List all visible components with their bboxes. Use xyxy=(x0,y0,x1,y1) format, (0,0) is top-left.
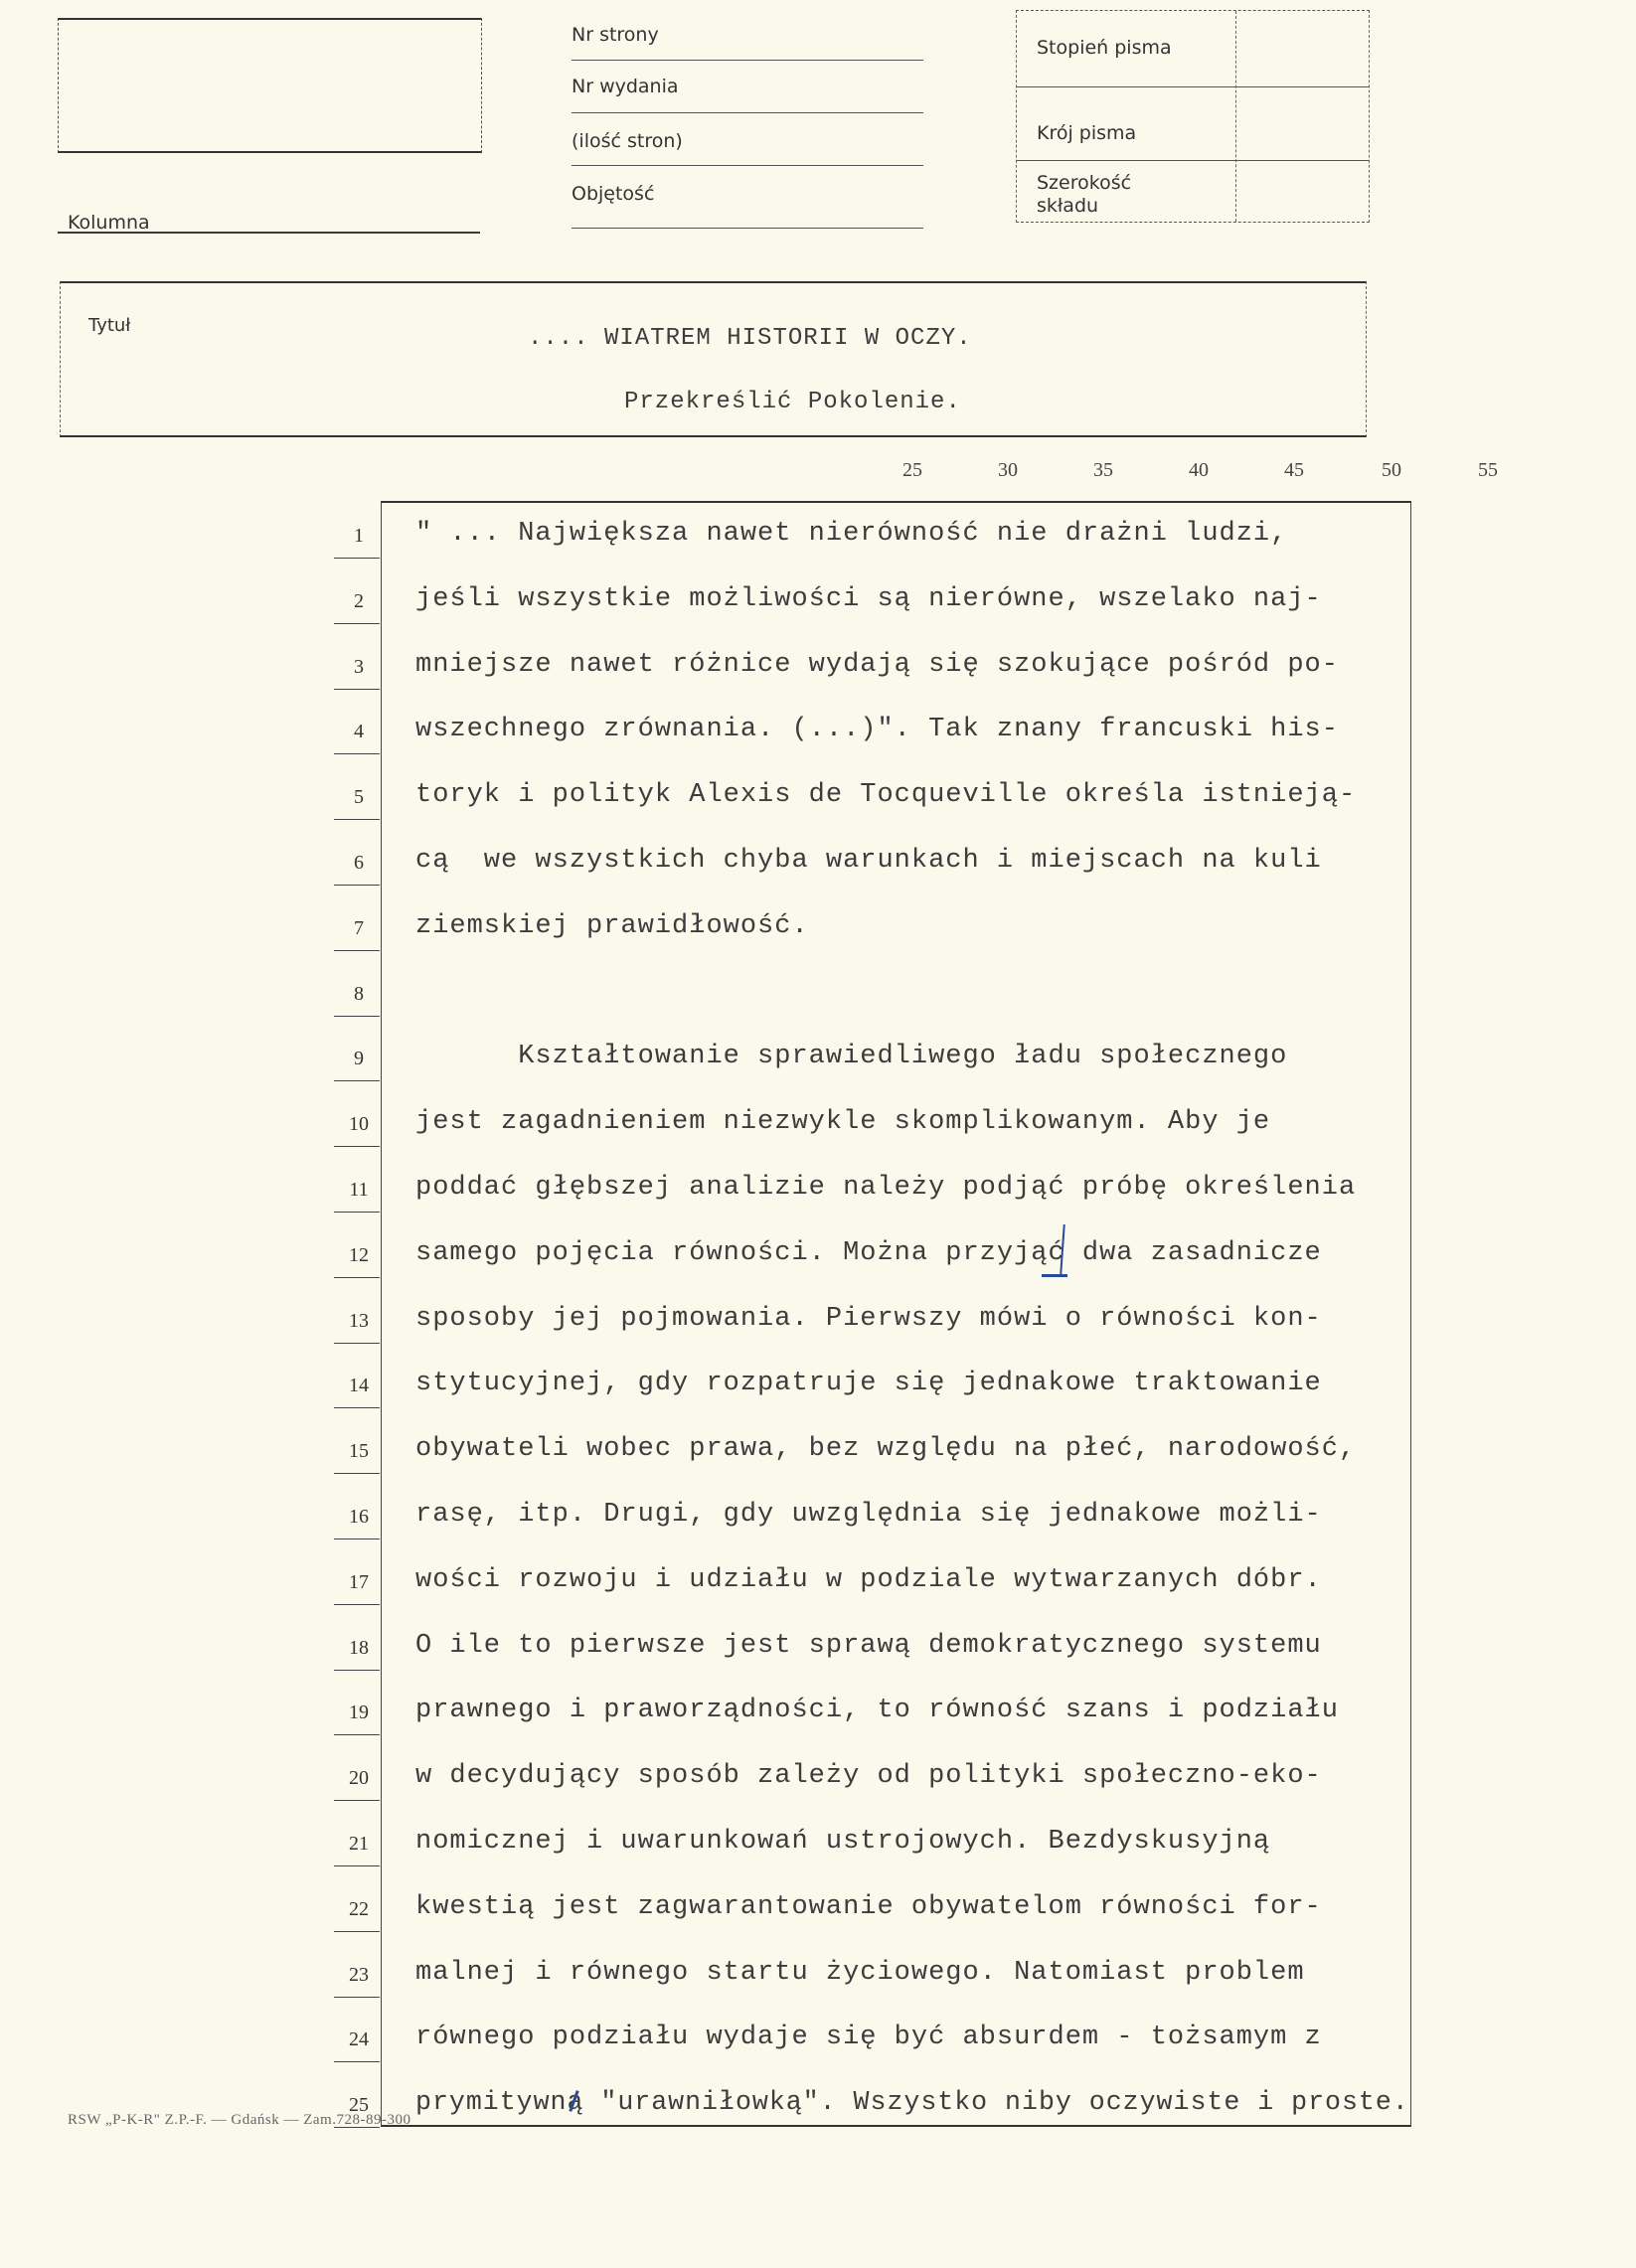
line-number: 7 xyxy=(334,917,384,940)
line-number-underline xyxy=(334,1212,380,1213)
manuscript-line: jeśli wszystkie możliwości są nierówne, … xyxy=(415,584,1322,614)
line-number: 5 xyxy=(334,786,384,809)
correction-mark xyxy=(1042,1274,1067,1277)
spec-row-szerokosc: Szerokość składu xyxy=(1017,160,1369,222)
manuscript-line: jest zagadnieniem niezwykle skomplikowan… xyxy=(415,1107,1270,1137)
line-number-underline xyxy=(334,558,380,559)
spec-label-stopien: Stopień pisma xyxy=(1037,37,1172,60)
manuscript-line: malnej i równego startu życiowego. Natom… xyxy=(415,1958,1305,1988)
line-number: 20 xyxy=(334,1767,384,1790)
spec-value-kroj[interactable] xyxy=(1237,86,1369,160)
line-number: 23 xyxy=(334,1964,384,1987)
line-number-underline xyxy=(334,1997,380,1998)
line-number: 18 xyxy=(334,1637,384,1660)
manuscript-line: kwestią jest zagwarantowanie obywatelom … xyxy=(415,1892,1322,1922)
line-number-underline xyxy=(334,950,380,951)
manuscript-line: Kształtowanie sprawiedliwego ładu społec… xyxy=(415,1042,1287,1071)
ruler-mark: 35 xyxy=(1093,459,1113,482)
manuscript-line: mniejsze nawet różnice wydają się szokuj… xyxy=(415,650,1339,680)
manuscript-line: toryk i polityk Alexis de Tocqueville ok… xyxy=(415,780,1356,810)
line-number: 6 xyxy=(334,852,384,875)
ruler-mark: 40 xyxy=(1189,459,1209,482)
line-number-underline xyxy=(334,1473,380,1474)
field-nr-wydania-line[interactable] xyxy=(572,112,923,113)
spec-value-szerokosc[interactable] xyxy=(1237,160,1369,222)
spec-row-kroj: Krój pisma xyxy=(1017,86,1369,160)
line-number: 9 xyxy=(334,1048,384,1070)
manuscript-line: wości rozwoju i udziału w podziale wytwa… xyxy=(415,1565,1322,1595)
ruler-mark: 25 xyxy=(902,459,922,482)
spec-label-kroj: Krój pisma xyxy=(1037,122,1136,145)
manuscript-line: sposoby jej pojmowania. Pierwszy mówi o … xyxy=(415,1304,1322,1334)
field-ilosc-stron-line[interactable] xyxy=(572,165,923,166)
title-line-1: .... WIATREM HISTORII W OCZY. xyxy=(528,325,972,352)
manuscript-line: wszechnego zrównania. (...)". Tak znany … xyxy=(415,715,1339,744)
manuscript-line: poddać głębszej analizie należy podjąć p… xyxy=(415,1173,1356,1203)
line-number: 14 xyxy=(334,1375,384,1397)
line-number-underline xyxy=(334,1734,380,1735)
ruler-mark: 55 xyxy=(1478,459,1498,482)
line-number-underline xyxy=(334,1800,380,1801)
field-nr-strony-label: Nr strony xyxy=(572,24,659,46)
spec-row-stopien: Stopień pisma xyxy=(1017,11,1369,86)
title-line-2: Przekreślić Pokolenie. xyxy=(624,389,961,415)
line-number: 22 xyxy=(334,1898,384,1921)
line-number: 21 xyxy=(334,1833,384,1856)
manuscript-line: O ile to pierwsze jest sprawą demokratyc… xyxy=(415,1631,1322,1661)
line-number: 2 xyxy=(334,590,384,613)
ruler-mark: 45 xyxy=(1284,459,1304,482)
manuscript-line: nomicznej i uwarunkowań ustrojowych. Bez… xyxy=(415,1827,1270,1857)
manuscript-line: prymitywną "urawniłowką". Wszystko niby … xyxy=(415,2088,1409,2118)
line-number-underline xyxy=(334,2061,380,2062)
line-number-underline xyxy=(334,623,380,624)
line-number-underline xyxy=(334,819,380,820)
line-number-underline xyxy=(334,1604,380,1605)
line-number-underline xyxy=(334,1080,380,1081)
line-number: 1 xyxy=(334,525,384,548)
line-number-underline xyxy=(334,1016,380,1017)
ruler-mark: 50 xyxy=(1382,459,1401,482)
field-nr-wydania-label: Nr wydania xyxy=(572,76,679,97)
title-label: Tytuł xyxy=(88,315,130,336)
field-objetosc-line[interactable] xyxy=(572,228,923,229)
ruler-mark: 30 xyxy=(998,459,1018,482)
manuscript-line: rasę, itp. Drugi, gdy uwzględnia się jed… xyxy=(415,1500,1322,1530)
line-number: 24 xyxy=(334,2028,384,2051)
kolumna-label: Kolumna xyxy=(68,212,150,234)
manuscript-line: samego pojęcia równości. Można przyjąć d… xyxy=(415,1238,1322,1268)
field-nr-strony-line[interactable] xyxy=(572,60,923,61)
line-number: 4 xyxy=(334,721,384,743)
line-number-underline xyxy=(334,1539,380,1539)
title-box: Tytuł .... WIATREM HISTORII W OCZY. Prze… xyxy=(60,281,1367,437)
manuscript-line: w decydujący sposób zależy od polityki s… xyxy=(415,1761,1322,1791)
line-number: 8 xyxy=(334,983,384,1006)
line-number: 15 xyxy=(334,1440,384,1463)
line-number-underline xyxy=(334,1277,380,1278)
line-number: 3 xyxy=(334,656,384,679)
line-number: 16 xyxy=(334,1506,384,1529)
line-number-underline xyxy=(334,1931,380,1932)
manuscript-line: prawnego i praworządności, to równość sz… xyxy=(415,1696,1339,1725)
line-number: 11 xyxy=(334,1179,384,1202)
manuscript-line: " ... Największa nawet nierówność nie dr… xyxy=(415,519,1287,549)
spec-label-szerokosc: Szerokość składu xyxy=(1037,172,1186,218)
field-ilosc-stron-label: (ilość stron) xyxy=(572,130,683,152)
line-number-underline xyxy=(334,689,380,690)
spec-value-stopien[interactable] xyxy=(1237,11,1369,86)
line-number-underline xyxy=(334,1865,380,1866)
printer-imprint: RSW „P-K-R" Z.P.-F. — Gdańsk — Zam.728-8… xyxy=(68,2112,410,2129)
line-number-underline xyxy=(334,753,380,754)
line-number: 13 xyxy=(334,1310,384,1333)
line-number-underline xyxy=(334,1670,380,1671)
column-box xyxy=(58,18,482,153)
manuscript-line: stytucyjnej, gdy rozpatruje się jednakow… xyxy=(415,1369,1322,1398)
manuscript-line: równego podziału wydaje się być absurdem… xyxy=(415,2023,1322,2052)
line-number: 12 xyxy=(334,1244,384,1267)
line-number: 10 xyxy=(334,1113,384,1136)
line-number-underline xyxy=(334,885,380,886)
typesetting-spec-table: Stopień pisma Krój pisma Szerokość skład… xyxy=(1016,10,1370,223)
field-objetosc-label: Objętość xyxy=(572,183,654,205)
manuscript-line: obywateli wobec prawa, bez względu na pł… xyxy=(415,1434,1356,1464)
line-number-underline xyxy=(334,1407,380,1408)
manuscript-line: ziemskiej prawidłowość. xyxy=(415,911,809,941)
line-number: 17 xyxy=(334,1571,384,1594)
line-number: 19 xyxy=(334,1701,384,1724)
line-number-underline xyxy=(334,1343,380,1344)
line-number-underline xyxy=(334,1146,380,1147)
manuscript-line: cą we wszystkich chyba warunkach i miejs… xyxy=(415,846,1322,876)
